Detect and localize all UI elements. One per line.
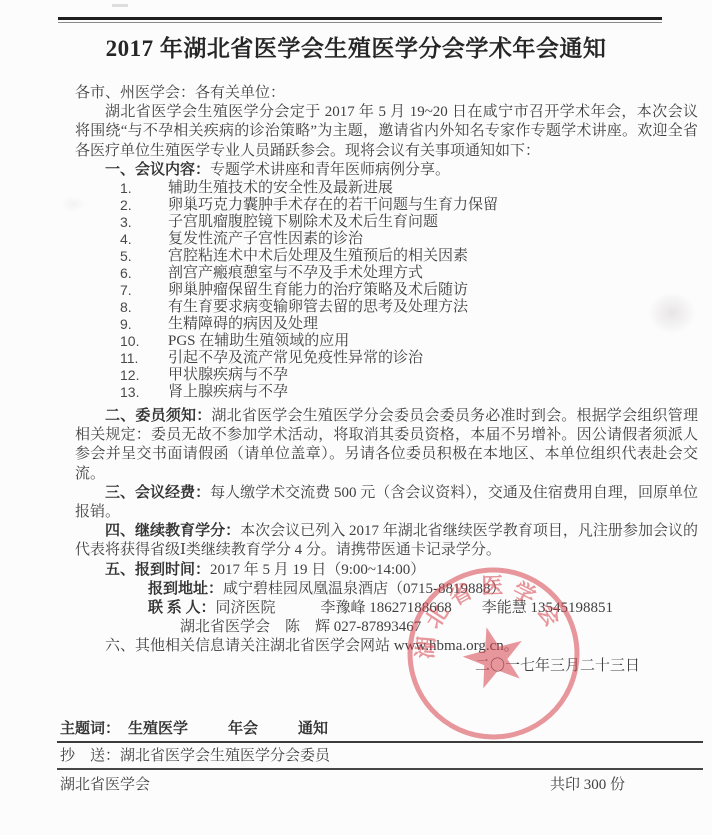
intro-paragraph: 湖北省医学会生殖医学分会定于 2017 年 5 月 19~20 日在咸宁市召开学… <box>75 103 698 161</box>
agenda-item-text: 子宫肌瘤腹腔镜下剔除术及术后生育问题 <box>168 214 438 230</box>
scan-smudge <box>60 196 86 212</box>
footer-cc-row: 抄 送： 湖北省医学会生殖医学分会委员 <box>57 747 703 765</box>
issue-date: 二〇一七年三月二十三日 <box>75 657 698 676</box>
document-footer: 主题词： 生殖医学 年会 通知 抄 送： 湖北省医学会生殖医学分会委员 湖北省医… <box>57 720 703 794</box>
fee-label: 三、会议经费： <box>105 485 210 501</box>
registration-time-value: 2017 年 5 月 19 日（9:00~14:00） <box>210 562 425 578</box>
cc-label: 抄 送： <box>60 747 120 765</box>
members-notice-label: 二、委员须知： <box>105 408 211 424</box>
subject-term: 生殖医学 <box>128 720 188 738</box>
agenda-item: 2.卵巢巧克力囊肿手术存在的若干问题与生育力保留 <box>75 197 698 214</box>
agenda-item-text: 生精障碍的病因及处理 <box>168 316 318 332</box>
agenda-item-number: 13. <box>120 384 160 401</box>
print-copies: 共印 300 份 <box>550 776 625 794</box>
agenda-heading-text: 专题学术讲座和青年医师病例分享。 <box>210 162 450 178</box>
registration-time-label: 五、报到时间： <box>105 562 210 578</box>
footer-divider-rule-top <box>57 741 703 743</box>
agenda-item-number: 8. <box>120 299 160 316</box>
agenda-item: 10.PGS 在辅助生殖领域的应用 <box>75 333 698 350</box>
agenda-item-number: 5. <box>120 248 160 265</box>
document-body: 各市、州医学会：各有关单位： 湖北省医学会生殖医学分会定于 2017 年 5 月… <box>75 84 698 676</box>
registration-contacts-line: 联 系 人：同济医院 李豫峰 18627188668 李能慧 135451988… <box>75 599 698 618</box>
agenda-item-text: 卵巢巧克力囊肿手术存在的若干问题与生育力保留 <box>168 197 498 213</box>
section-heading-agenda: 一、会议内容：专题学术讲座和青年医师病例分享。 <box>75 161 698 180</box>
agenda-item: 3.子宫肌瘤腹腔镜下剔除术及术后生育问题 <box>75 214 698 231</box>
agenda-item-number: 1. <box>120 180 160 197</box>
cc-text: 湖北省医学会生殖医学分会委员 <box>120 747 330 765</box>
agenda-item: 4.复发性流产子宫性因素的诊治 <box>75 231 698 248</box>
section-members-notice: 二、委员须知：湖北省医学会生殖医学分会委员会委员务必准时到会。根据学会组织管理相… <box>75 407 698 484</box>
registration-time-line: 五、报到时间：2017 年 5 月 19 日（9:00~14:00） <box>75 561 698 580</box>
agenda-item: 13.肾上腺疾病与不孕 <box>75 384 698 401</box>
agenda-item-text: 复发性流产子宫性因素的诊治 <box>168 231 363 247</box>
footer-issuer-row: 湖北省医学会 共印 300 份 <box>57 774 703 794</box>
agenda-item-number: 10. <box>120 333 160 350</box>
agenda-item: 8.有生育要求病变输卵管去留的思考及处理方法 <box>75 299 698 316</box>
issuer-name: 湖北省医学会 <box>60 776 150 794</box>
subject-label: 主题词： <box>60 720 120 738</box>
page-top-edge-line <box>58 17 662 20</box>
footer-subject-row: 主题词： 生殖医学 年会 通知 <box>57 720 703 738</box>
agenda-item: 11.引起不孕及流产常见免疫性异常的诊治 <box>75 350 698 367</box>
agenda-item: 6.剖宫产瘢痕憩室与不孕及手术处理方式 <box>75 265 698 282</box>
agenda-item: 5.宫腔粘连术中术后处理及生殖预后的相关因素 <box>75 248 698 265</box>
agenda-heading-label: 一、会议内容： <box>105 162 210 178</box>
agenda-item: 1.辅助生殖技术的安全性及最新进展 <box>75 180 698 197</box>
agenda-item: 9.生精障碍的病因及处理 <box>75 316 698 333</box>
registration-address-value: 咸宁碧桂园凤凰温泉酒店（0715-8819888） <box>223 581 506 597</box>
subject-term: 年会 <box>228 720 258 738</box>
agenda-item-number: 2. <box>120 197 160 214</box>
section-credits: 四、继续教育学分：本次会议已列入 2017 年湖北省继续医学教育项目，凡注册参加… <box>75 522 698 560</box>
registration-contacts2-line: 湖北省医学会 陈 辉 027-87893467 <box>75 618 698 637</box>
agenda-item-number: 12. <box>120 367 160 384</box>
registration-contacts-value: 同济医院 李豫峰 18627188668 李能慧 13545198851 <box>216 600 614 616</box>
agenda-item-text: 甲状腺疾病与不孕 <box>168 367 288 383</box>
agenda-item-text: PGS 在辅助生殖领域的应用 <box>168 333 349 349</box>
subject-term: 通知 <box>298 720 328 738</box>
credits-label: 四、继续教育学分： <box>105 523 240 539</box>
agenda-item: 7.卵巢肿瘤保留生育能力的治疗策略及术后随访 <box>75 282 698 299</box>
document-page: 2017 年湖北省医学会生殖医学分会学术年会通知 各市、州医学会：各有关单位： … <box>0 0 712 835</box>
agenda-item-text: 卵巢肿瘤保留生育能力的治疗策略及术后随访 <box>168 282 468 298</box>
agenda-item-text: 剖宫产瘢痕憩室与不孕及手术处理方式 <box>168 265 423 281</box>
agenda-item-text: 引起不孕及流产常见免疫性异常的诊治 <box>168 350 423 366</box>
agenda-item-number: 4. <box>120 231 160 248</box>
agenda-item-text: 辅助生殖技术的安全性及最新进展 <box>168 180 393 196</box>
agenda-item-number: 3. <box>120 214 160 231</box>
registration-contacts-label: 联 系 人： <box>148 600 216 616</box>
agenda-item: 12.甲状腺疾病与不孕 <box>75 367 698 384</box>
registration-address-label: 报到地址： <box>148 581 223 597</box>
agenda-item-number: 6. <box>120 265 160 282</box>
agenda-item-number: 9. <box>120 316 160 333</box>
document-title: 2017 年湖北省医学会生殖医学分会学术年会通知 <box>20 34 692 64</box>
agenda-item-number: 11. <box>120 350 160 367</box>
registration-address-line: 报到地址：咸宁碧桂园凤凰温泉酒店（0715-8819888） <box>75 580 698 599</box>
subject-terms: 生殖医学 年会 通知 <box>128 720 328 738</box>
section-other-info: 六、其他相关信息请关注湖北省医学会网站 www.hbma.org.cn。 <box>75 637 698 656</box>
scan-speck <box>112 4 128 7</box>
section-fee: 三、会议经费：每人缴学术交流费 500 元（含会议资料），交通及住宿费用自理，回… <box>75 484 698 522</box>
agenda-item-text: 有生育要求病变输卵管去留的思考及处理方法 <box>168 299 468 315</box>
agenda-list: 1.辅助生殖技术的安全性及最新进展2.卵巢巧克力囊肿手术存在的若干问题与生育力保… <box>75 180 698 401</box>
scan-smudge <box>648 292 696 334</box>
salutation-line: 各市、州医学会：各有关单位： <box>75 84 698 103</box>
agenda-item-number: 7. <box>120 282 160 299</box>
agenda-item-text: 宫腔粘连术中术后处理及生殖预后的相关因素 <box>168 248 468 264</box>
agenda-item-text: 肾上腺疾病与不孕 <box>168 384 288 400</box>
footer-divider-rule-bottom <box>57 768 703 770</box>
